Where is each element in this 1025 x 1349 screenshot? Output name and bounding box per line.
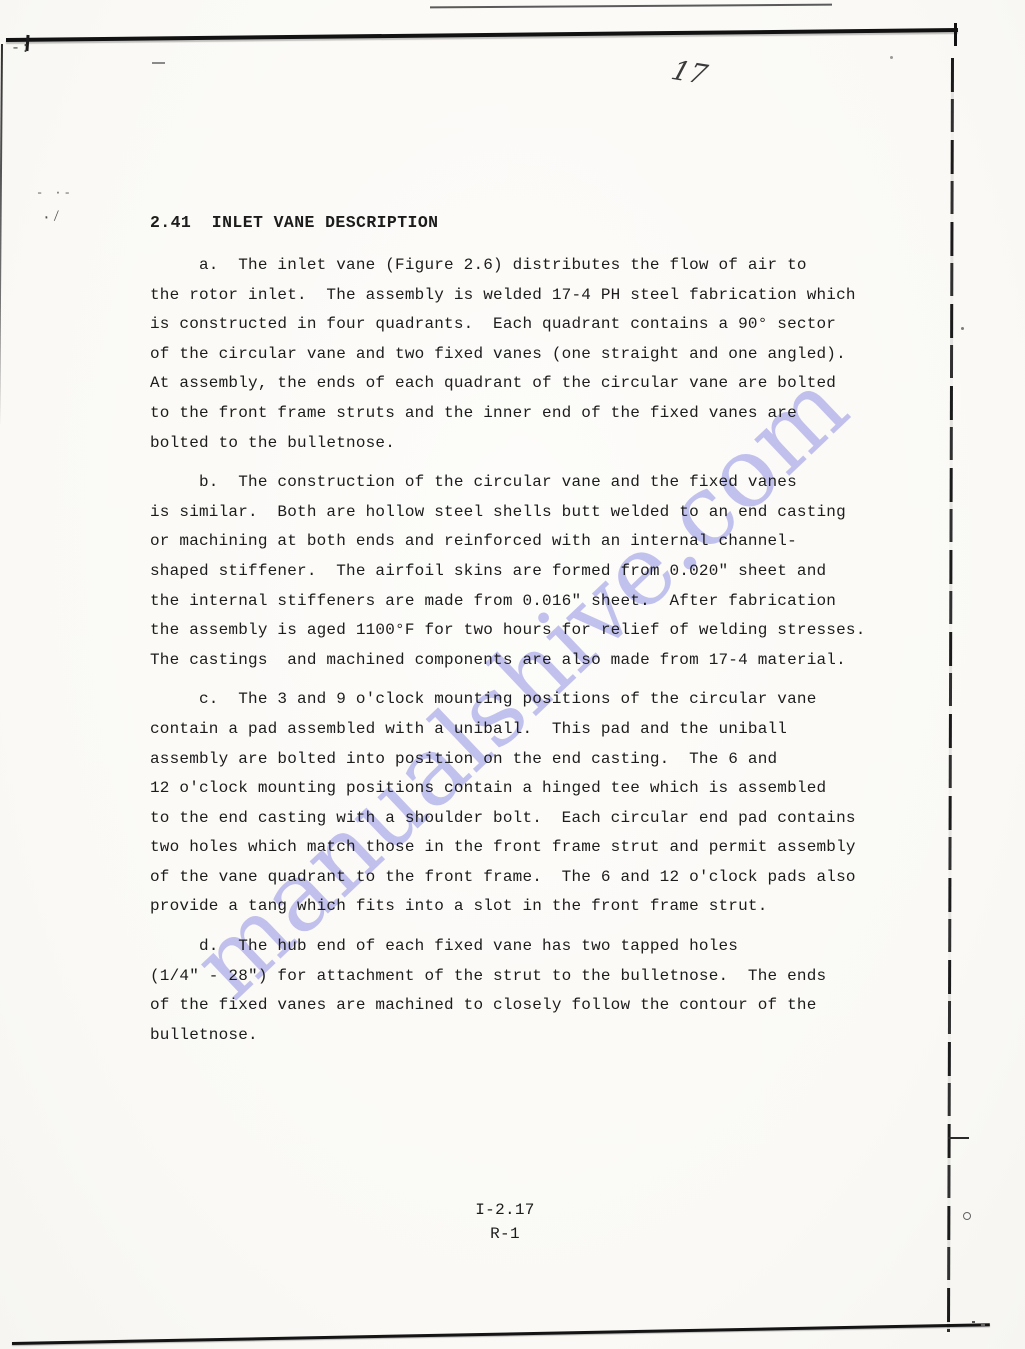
- text-line: c. The 3 and 9 o'clock mounting position…: [150, 685, 910, 715]
- text-line: b. The construction of the circular vane…: [150, 468, 910, 498]
- text-line: two holes which match those in the front…: [150, 833, 910, 863]
- text-line: contain a pad assembled with a uniball. …: [150, 715, 910, 745]
- text-line: is similar. Both are hollow steel shells…: [150, 498, 910, 528]
- scanned-page: 17 -: - ·- ·⁄ manualshive.com 2.41 INLET…: [0, 0, 1025, 1349]
- paragraph-c: c. The 3 and 9 o'clock mounting position…: [150, 685, 910, 922]
- paragraph-b: b. The construction of the circular vane…: [150, 468, 910, 675]
- section-title: 2.41 INLET VANE DESCRIPTION: [150, 208, 910, 238]
- scan-speck-dot: [972, 1321, 975, 1323]
- text-line: is constructed in four quadrants. Each q…: [150, 310, 910, 340]
- text-line: of the fixed vanes are machined to close…: [150, 991, 910, 1021]
- scan-artifact-right-border-line: [947, 58, 954, 1332]
- text-line: of the circular vane and two fixed vanes…: [150, 340, 910, 370]
- text-line: the internal stiffeners are made from 0.…: [150, 587, 910, 617]
- text-line: shaped stiffener. The airfoil skins are …: [150, 557, 910, 587]
- footer-revision: R-1: [440, 1223, 570, 1247]
- text-line: 12 o'clock mounting positions contain a …: [150, 774, 910, 804]
- handwritten-page-number: 17: [668, 55, 717, 91]
- text-line: provide a tang which fits into a slot in…: [150, 892, 910, 922]
- scan-artifact-right-border-tick: [948, 1137, 969, 1139]
- scan-artifact-top-thin-line: [430, 4, 832, 9]
- handwritten-margin-scribble: ·⁄: [41, 208, 63, 227]
- document-body: 2.41 INLET VANE DESCRIPTION a. The inlet…: [150, 208, 910, 1050]
- footer-page-number: I-2.17: [440, 1199, 570, 1223]
- scan-speck-dash: [152, 62, 165, 64]
- text-line: of the vane quadrant to the front frame.…: [150, 863, 910, 893]
- scan-speck-dot: [961, 327, 964, 330]
- page-footer: I-2.17 R-1: [440, 1199, 570, 1246]
- text-line: bolted to the bulletnose.: [150, 429, 910, 459]
- text-line: (1/4" - 28") for attachment of the strut…: [150, 962, 910, 992]
- paragraph-a: a. The inlet vane (Figure 2.6) distribut…: [150, 251, 910, 458]
- text-line: The castings and machined components are…: [150, 646, 910, 676]
- text-line: d. The hub end of each fixed vane has tw…: [150, 932, 910, 962]
- scan-speck-dot: [981, 1324, 985, 1326]
- text-line: to the end casting with a shoulder bolt.…: [150, 804, 910, 834]
- scan-speck-dot: [890, 56, 893, 59]
- scan-artifact-left-border-line: [0, 44, 3, 1094]
- text-line: assembly are bolted into position on the…: [150, 745, 910, 775]
- scan-artifact-bottom-border-line: [12, 1323, 990, 1345]
- scan-artifact-top-border-line: [6, 28, 958, 42]
- text-line: the assembly is aged 1100°F for two hour…: [150, 616, 910, 646]
- text-line: or machining at both ends and reinforced…: [150, 527, 910, 557]
- paragraph-d: d. The hub end of each fixed vane has tw…: [150, 932, 910, 1050]
- scan-margin-circle-mark: [963, 1212, 971, 1220]
- text-line: a. The inlet vane (Figure 2.6) distribut…: [150, 251, 910, 281]
- scan-artifact-top-right-tick: [954, 23, 957, 46]
- handwritten-margin-scribble: - ·-: [36, 186, 73, 200]
- text-line: the rotor inlet. The assembly is welded …: [150, 281, 910, 311]
- text-line: bulletnose.: [150, 1021, 910, 1051]
- text-line: At assembly, the ends of each quadrant o…: [150, 369, 910, 399]
- handwritten-corner-mark: -:: [11, 40, 31, 57]
- text-line: to the front frame struts and the inner …: [150, 399, 910, 429]
